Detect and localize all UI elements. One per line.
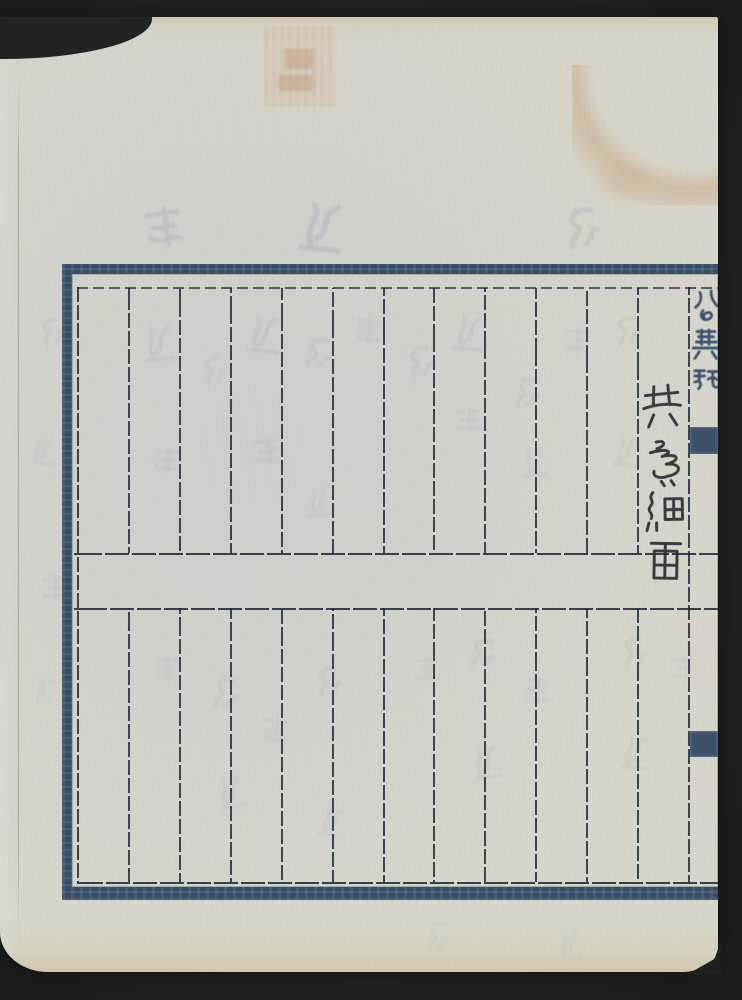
column-rule-line: [383, 288, 385, 553]
column-rule-line: [230, 288, 232, 553]
photograph-background: [0, 0, 742, 1000]
ledger-page: [0, 17, 718, 972]
red-seal-stamp: [264, 27, 336, 107]
column-rule-line: [535, 288, 537, 553]
underlying-page-edge: [0, 57, 18, 957]
row-rule-line: [74, 608, 718, 610]
printed-char-3: [691, 367, 718, 403]
water-stain-blotch: [586, 163, 656, 207]
row-rule-line: [77, 882, 718, 884]
fold-printed-block-upper: [690, 427, 718, 454]
ledger-grid-frame: [62, 264, 718, 900]
row-rule-line: [74, 553, 718, 555]
column-rule-line: [383, 608, 385, 882]
row-rule-line: [77, 287, 718, 289]
seal-pattern: [284, 49, 314, 69]
bleedthrough-mark: [137, 202, 187, 256]
column-rule-line: [484, 608, 486, 882]
seal-pattern: [278, 75, 314, 91]
printed-char-2: [691, 327, 718, 363]
bleedthrough-mark: [419, 919, 452, 954]
bleedthrough-mark: [28, 675, 59, 708]
column-rule-line: [332, 608, 334, 882]
column-rule-line: [128, 608, 130, 882]
column-rule-line: [281, 288, 283, 553]
column-rule-line: [281, 608, 283, 882]
column-rule-line: [535, 608, 537, 882]
bleedthrough-mark: [555, 929, 585, 962]
column-rule-line: [77, 287, 79, 882]
bleedthrough-mark: [28, 435, 58, 467]
column-rule-line: [433, 608, 435, 882]
column-rule-line: [332, 288, 334, 553]
column-rule-line: [433, 288, 435, 553]
page-crease-line: [18, 75, 19, 947]
water-stain: [572, 65, 718, 205]
column-rule-line: [637, 608, 639, 882]
column-rule-line: [179, 608, 181, 882]
handwritten-char-4: [642, 537, 689, 590]
handwritten-char-1: [637, 380, 685, 434]
bleedthrough-mark: [295, 199, 348, 257]
column-rule-line: [484, 288, 486, 553]
column-rule-line: [586, 608, 588, 882]
handwritten-char-3: [641, 487, 688, 540]
bleedthrough-mark: [554, 203, 602, 255]
column-rule-line: [688, 287, 690, 882]
printed-char-1: [691, 288, 718, 324]
column-rule-line: [230, 608, 232, 882]
handwritten-char-2: [639, 436, 687, 490]
column-rule-line: [586, 288, 588, 553]
column-rule-line: [179, 288, 181, 553]
fold-printed-block-lower: [690, 731, 718, 757]
column-rule-line: [128, 288, 130, 553]
